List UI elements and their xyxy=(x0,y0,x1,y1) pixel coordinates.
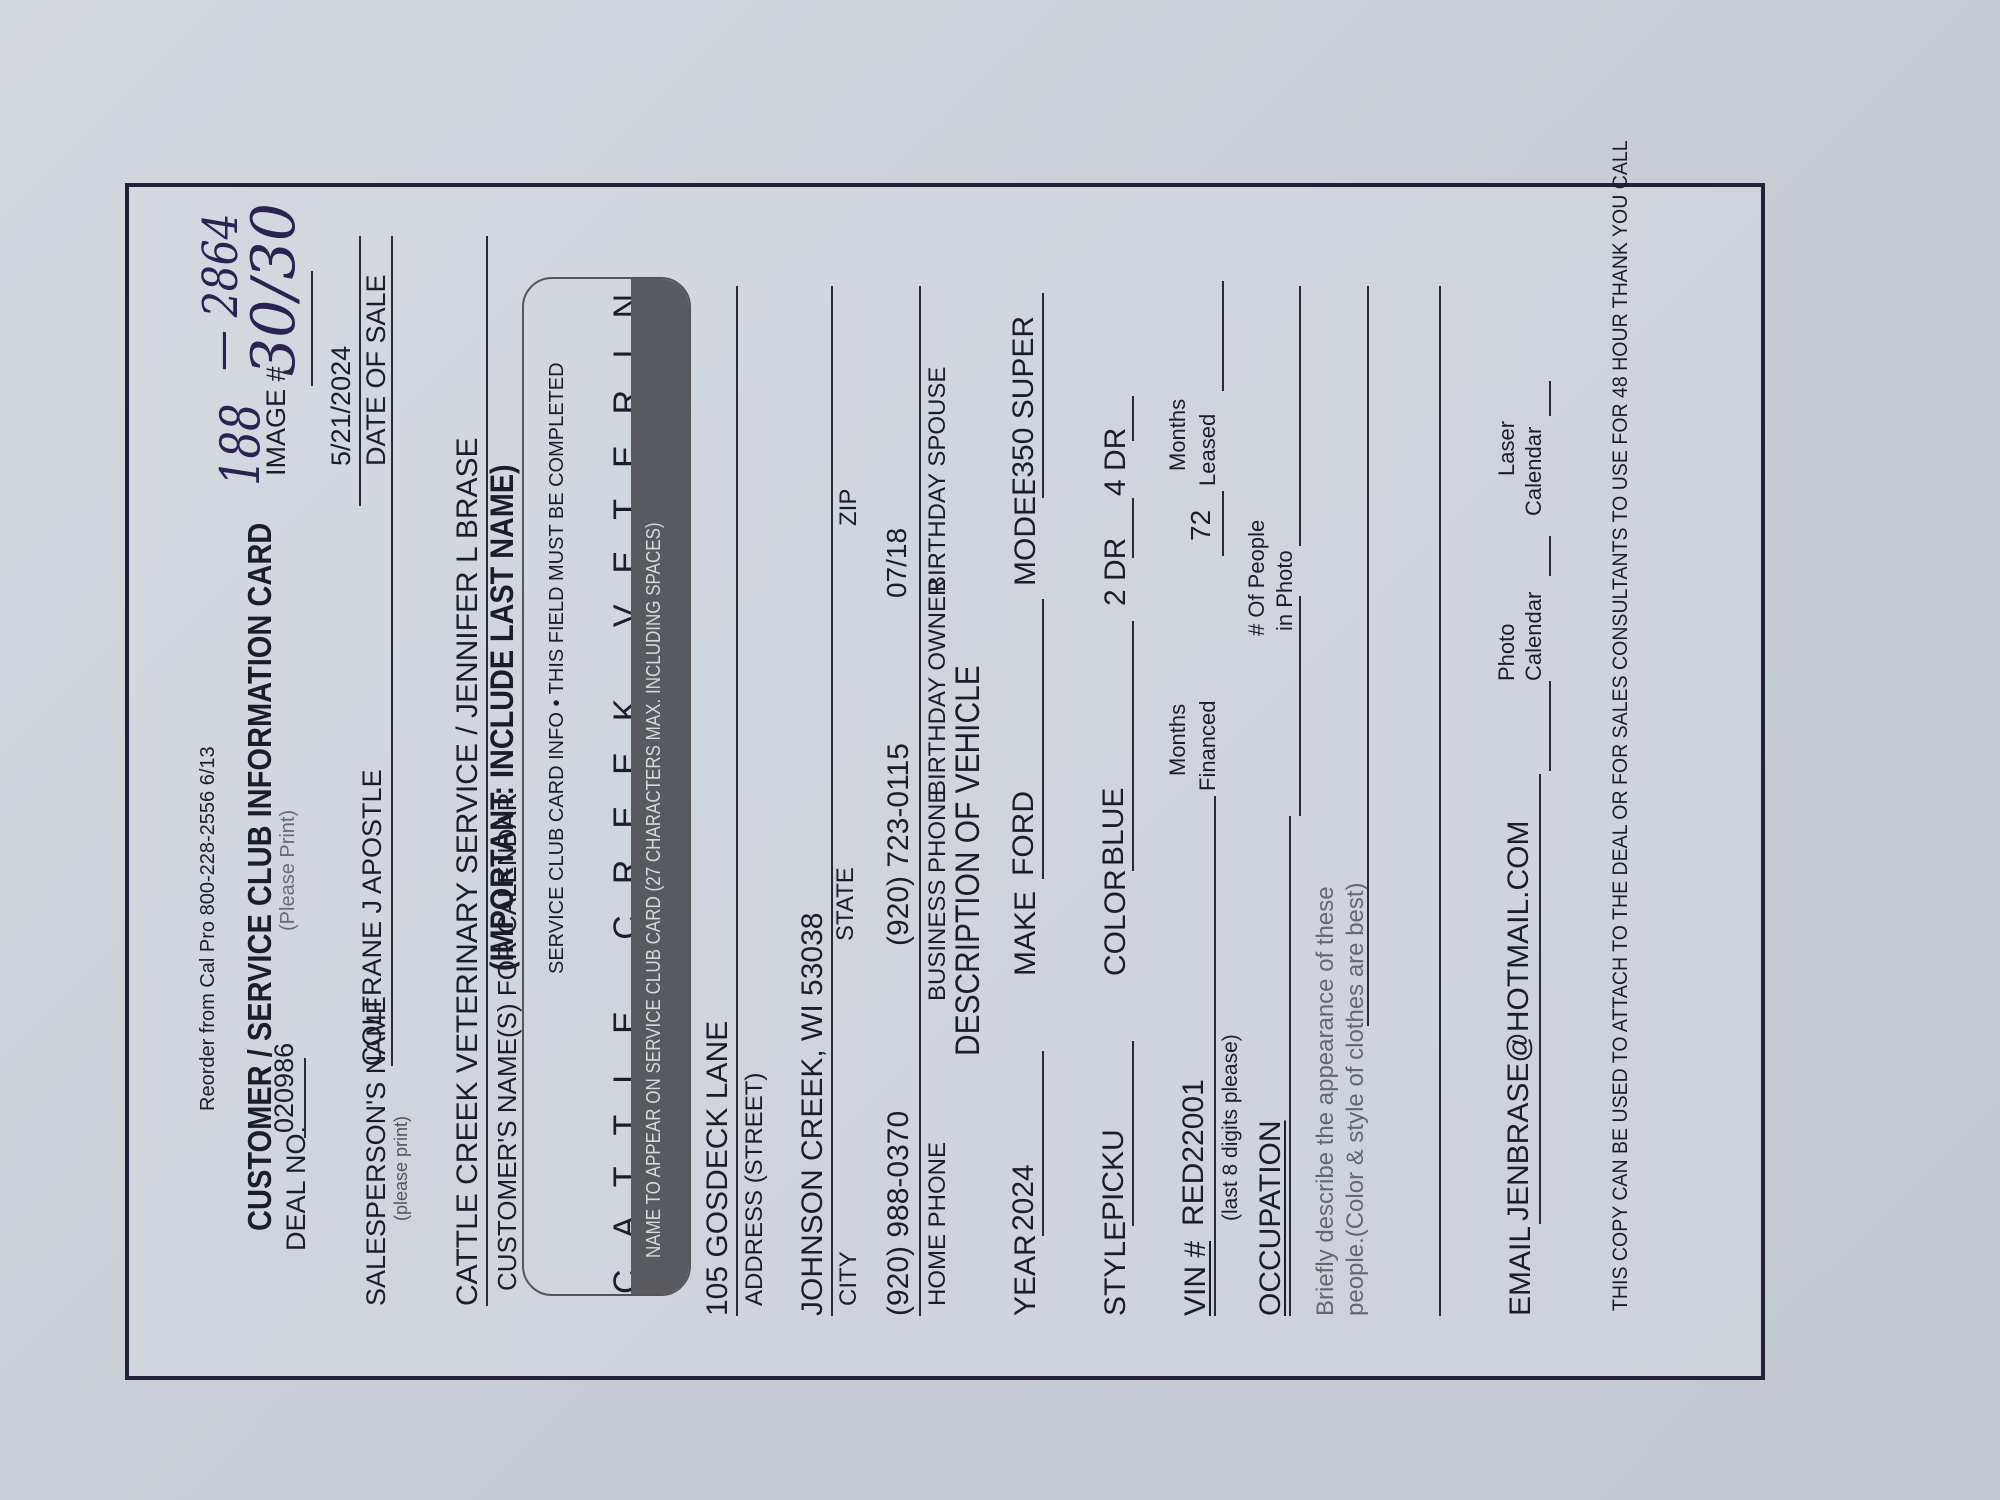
months-leased-field[interactable]: 72 xyxy=(1185,510,1217,541)
occupation-label: OCCUPATION xyxy=(1254,1120,1288,1316)
phone-underline xyxy=(919,286,921,1316)
photo-calendar-label-2: Calendar xyxy=(1521,592,1547,681)
photo-calendar-label-1: Photo xyxy=(1494,624,1520,682)
service-club-card-info: SERVICE CLUB CARD INFO • THIS FIELD MUST… xyxy=(546,362,569,974)
salesperson-sublabel: (please print) xyxy=(391,1116,412,1221)
birthday-owner-label: BIRTHDAY OWNER xyxy=(924,579,952,796)
email-field[interactable]: JENBRASE@HOTMAIL.COM xyxy=(1502,820,1536,1221)
city-underline xyxy=(831,286,833,1316)
home-phone-label: HOME PHONE xyxy=(924,1142,952,1306)
appearance-field-line-2[interactable] xyxy=(1439,286,1441,1316)
customer-names-field[interactable]: CATTLE CREEK VETERINARY SERVICE / JENNIF… xyxy=(451,437,485,1306)
deal-no-underline xyxy=(304,1058,306,1138)
months-leased-underline xyxy=(1222,491,1224,556)
salesperson-field[interactable]: COLTRANE J APOSTLE xyxy=(357,769,388,1066)
footer-note: THIS COPY CAN BE USED TO ATTACH TO THE D… xyxy=(1609,140,1633,1311)
year-label: YEAR xyxy=(1009,1234,1043,1316)
image-number-label: IMAGE # xyxy=(261,366,292,476)
laser-calendar-label-1: Laser xyxy=(1494,421,1520,476)
vehicle-section-title: DESCRIPTION OF VEHICLE xyxy=(949,665,988,1056)
address-label: ADDRESS (STREET) xyxy=(741,1073,769,1306)
birthday-spouse-label: BIRTHDAY SPOUSE xyxy=(924,367,952,592)
two-door-label: 2 DR xyxy=(1099,538,1133,606)
birthday-owner-field[interactable]: 07/18 xyxy=(881,528,913,598)
months-leased-label-2: Leased xyxy=(1195,414,1221,486)
photo-calendar-field[interactable] xyxy=(1549,681,1551,771)
state-label: STATE xyxy=(832,867,860,941)
salesperson-underline xyxy=(391,236,393,1066)
style-underline xyxy=(1132,1041,1134,1226)
laser-calendar-label-2: Calendar xyxy=(1521,427,1547,516)
service-club-card-band-text: NAME TO APPEAR ON SERVICE CLUB CARD (27 … xyxy=(643,522,666,1258)
email-label: EMAIL xyxy=(1504,1226,1538,1316)
business-phone-field[interactable]: (920) 723-0115 xyxy=(882,743,916,946)
months-financed-label-1: Months xyxy=(1165,704,1191,776)
address-field[interactable]: 105 GOSDECK LANE xyxy=(701,1021,735,1316)
home-phone-field[interactable]: (920) 988-0370 xyxy=(882,1111,916,1316)
date-of-sale-field[interactable]: 5/21/2024 xyxy=(326,346,357,466)
people-in-photo-field[interactable] xyxy=(1299,286,1301,546)
date-of-sale-label: DATE OF SALE xyxy=(361,274,392,466)
service-club-card-band: NAME TO APPEAR ON SERVICE CLUB CARD (27 … xyxy=(631,279,689,1294)
occupation-field[interactable] xyxy=(1289,816,1291,1316)
deal-no-field[interactable]: 020986 xyxy=(269,1043,300,1133)
image-number-field[interactable]: 30/30 xyxy=(239,203,309,376)
color-label: COLOR xyxy=(1099,869,1133,976)
email-underline xyxy=(1539,774,1541,1224)
make-underline xyxy=(1042,599,1044,879)
make-field[interactable]: FORD xyxy=(1007,791,1041,876)
color-underline xyxy=(1132,621,1134,871)
city-field[interactable]: JOHNSON CREEK, WI 53038 xyxy=(796,913,830,1316)
photo-calendar-trailing-line xyxy=(1549,536,1551,576)
model-underline xyxy=(1042,293,1044,498)
service-club-card-box: SERVICE CLUB CARD INFO • THIS FIELD MUST… xyxy=(522,277,691,1296)
months-financed-label-2: Financed xyxy=(1195,700,1221,791)
two-door-field[interactable] xyxy=(1132,498,1134,558)
style-label: STYLE xyxy=(1099,1221,1133,1316)
business-phone-label: BUSINESS PHONE xyxy=(924,788,952,1001)
zip-label: ZIP xyxy=(835,489,863,526)
year-underline xyxy=(1042,1051,1044,1236)
address-underline xyxy=(736,286,738,1316)
image-number-underline xyxy=(311,271,313,386)
four-door-field[interactable] xyxy=(1132,396,1134,441)
appearance-field[interactable] xyxy=(1367,286,1369,1026)
vin-underline xyxy=(1214,796,1216,1316)
city-label: CITY xyxy=(835,1251,863,1306)
make-label: MAKE xyxy=(1009,891,1043,976)
people-in-photo-label-1: # Of People xyxy=(1244,520,1270,636)
year-field[interactable]: 2024 xyxy=(1007,1164,1041,1231)
model-field[interactable]: F350 SUPER xyxy=(1007,316,1041,496)
appearance-instructions-2: people.(Color & style of clothes are bes… xyxy=(1342,882,1370,1316)
customer-names-important-note: (IMPORTANT: INCLUDE LAST NAME) xyxy=(484,464,521,971)
reorder-note: Reorder from Cal Pro 800-228-2556 6/13 xyxy=(197,746,220,1111)
style-field[interactable]: PICKU xyxy=(1097,1129,1131,1221)
people-in-photo-label-2: in Photo xyxy=(1272,550,1298,631)
vin-sublabel: (last 8 digits please) xyxy=(1219,1034,1243,1221)
months-leased-trailing-line xyxy=(1222,281,1224,391)
please-print-note: (Please Print) xyxy=(277,810,300,931)
four-door-label: 4 DR xyxy=(1099,428,1133,496)
vin-field[interactable]: RED22001 xyxy=(1177,1079,1211,1226)
people-in-photo-leading-line xyxy=(1299,596,1301,816)
deal-no-label: DEAL NO. xyxy=(281,1126,312,1251)
appearance-instructions-1: Briefly describe the appearance of these xyxy=(1312,886,1340,1316)
months-leased-label-1: Months xyxy=(1165,399,1191,471)
color-field[interactable]: BLUE xyxy=(1097,788,1131,866)
vin-label: VIN # xyxy=(1179,1241,1213,1316)
laser-calendar-field[interactable] xyxy=(1549,381,1551,416)
customer-service-club-form: Reorder from Cal Pro 800-228-2556 6/13 C… xyxy=(125,183,1765,1380)
